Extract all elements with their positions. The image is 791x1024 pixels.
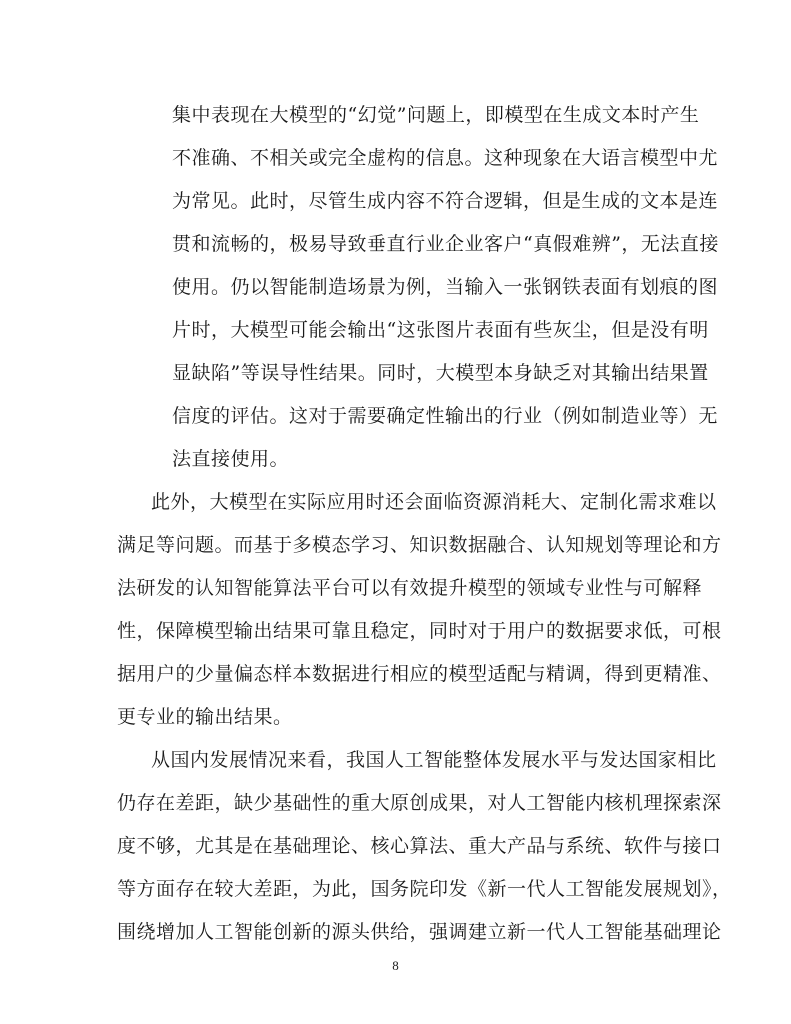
text-line: 法直接使用。 (172, 447, 684, 471)
text-line: 度不够，尤其是在基础理论、核心算法、重大产品与系统、软件与接口 (117, 834, 684, 858)
text-line: 满足等问题。而基于多模态学习、知识数据融合、认知规划等理论和方 (117, 533, 684, 557)
text-line: 贯和流畅的，极易导致垂直行业企业客户“真假难辨”，无法直接 (172, 232, 684, 256)
text-line: 集中表现在大模型的“幻觉”问题上，即模型在生成文本时产生 (172, 103, 684, 127)
text-line: 使用。仍以智能制造场景为例，当输入一张钢铁表面有划痕的图 (172, 275, 684, 299)
page-number: 8 (0, 958, 791, 974)
text-line: 不准确、不相关或完全虚构的信息。这种现象在大语言模型中尤 (172, 146, 684, 170)
text-line: 此外，大模型在实际应用时还会面临资源消耗大、定制化需求难以 (151, 490, 684, 514)
text-line: 信度的评估。这对于需要确定性输出的行业（例如制造业等）无 (172, 404, 684, 428)
text-line: 显缺陷”等误导性结果。同时，大模型本身缺乏对其输出结果置 (172, 361, 684, 385)
text-line: 从国内发展情况来看，我国人工智能整体发展水平与发达国家相比 (151, 748, 684, 772)
text-line: 性，保障模型输出结果可靠且稳定，同时对于用户的数据要求低，可根 (117, 619, 684, 643)
text-line: 等方面存在较大差距，为此，国务院印发《新一代人工智能发展规划》， (117, 877, 684, 901)
text-line: 更专业的输出结果。 (117, 705, 684, 729)
text-line: 据用户的少量偏态样本数据进行相应的模型适配与精调，得到更精准、 (117, 662, 684, 686)
text-line: 为常见。此时，尽管生成内容不符合逻辑，但是生成的文本是连 (172, 189, 684, 213)
text-line: 围绕增加人工智能创新的源头供给，强调建立新一代人工智能基础理论 (117, 920, 684, 944)
text-line: 法研发的认知智能算法平台可以有效提升模型的领域专业性与可解释 (117, 576, 684, 600)
text-line: 仍存在差距，缺少基础性的重大原创成果，对人工智能内核机理探索深 (117, 791, 684, 815)
text-line: 片时，大模型可能会输出“这张图片表面有些灰尘，但是没有明 (172, 318, 684, 342)
